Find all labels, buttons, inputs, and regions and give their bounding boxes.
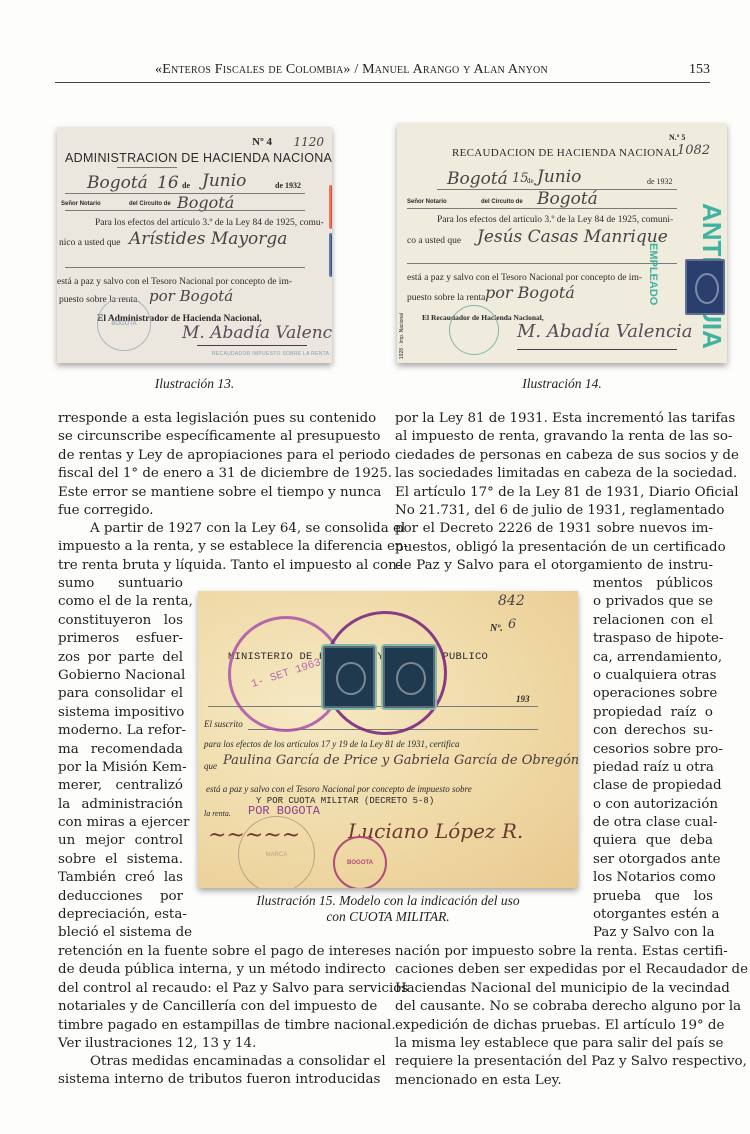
doc13-annotation: 1120 bbox=[293, 135, 324, 149]
text-line: sobre el sistema. bbox=[58, 851, 183, 869]
doc14-side-label: 1928 · Imp. Nacional bbox=[399, 313, 405, 359]
text-line: clase de propiedad bbox=[593, 777, 713, 795]
text-line: por el Decreto 2226 de 1931 sobre nuevos… bbox=[395, 520, 713, 538]
text-line: requiere la presentación del Paz y Salvo… bbox=[395, 1053, 713, 1071]
doc15-suscrito: El suscrito bbox=[204, 719, 243, 729]
text-line: propiedad raíz o bbox=[593, 704, 713, 722]
doc14-heading: RECAUDACION DE HACIENDA NACIONAL bbox=[452, 147, 679, 159]
doc14-circuito-hand: Bogotá bbox=[537, 189, 598, 209]
doc14-circuito: del Circuito de bbox=[481, 199, 523, 205]
doc15-renta: la renta. bbox=[204, 809, 231, 818]
illustration-15-caption-line-1: Ilustración 15. Modelo con la indicación… bbox=[198, 893, 578, 909]
text-line: mentos públicos bbox=[593, 575, 713, 593]
doc13-month: Junio bbox=[202, 171, 246, 191]
illustration-13-caption: Ilustración 13. bbox=[57, 376, 332, 392]
text-line: retención en la fuente sobre el pago de … bbox=[58, 943, 376, 961]
doc13-seal: BOGOTA bbox=[97, 297, 151, 351]
doc14-month: Junio bbox=[537, 167, 581, 187]
doc13-renta-hand: por Bogotá bbox=[149, 287, 233, 305]
text-line: ca, arrendamiento, bbox=[593, 649, 713, 667]
text-line: o con autorización bbox=[593, 796, 713, 814]
illustration-15-caption-line-2: con CUOTA MILITAR. bbox=[198, 909, 578, 925]
doc13-body-1: Para los efectos del artículo 3.º de la … bbox=[95, 218, 324, 228]
running-head-title: «Enteros Fiscales de Colombia» / Manuel … bbox=[155, 62, 548, 78]
text-line: los Notarios como bbox=[593, 869, 713, 887]
text-line: las sociedades limitadas en cabeza de la… bbox=[395, 465, 713, 483]
doc14-stamp-blue bbox=[685, 259, 725, 315]
doc14-body-1: Para los efectos del artículo 3.º de la … bbox=[437, 215, 673, 225]
doc13-year: de 1932 bbox=[275, 181, 301, 190]
text-line: o privados que se bbox=[593, 593, 713, 611]
running-head: «Enteros Fiscales de Colombia» / Manuel … bbox=[55, 62, 710, 83]
illustration-13-document: Nº 4 1120 ADMINISTRACION DE HACIENDA NAC… bbox=[57, 127, 332, 363]
doc13-day: 16 bbox=[157, 173, 179, 193]
left-column-paragraph-4: Otras medidas encaminadas a consolidar e… bbox=[58, 1053, 376, 1090]
text-line: zos por parte del bbox=[58, 649, 183, 667]
text-line: de deuda pública interna, y un método in… bbox=[58, 961, 376, 979]
doc15-number-label: Nº. bbox=[490, 623, 503, 634]
doc14-seal bbox=[449, 305, 499, 355]
doc13-number: Nº 4 bbox=[252, 136, 272, 148]
text-line: traspaso de hipote- bbox=[593, 630, 713, 648]
doc15-que: que bbox=[204, 761, 217, 771]
text-line: la misma ley establece que para salir de… bbox=[395, 1035, 713, 1053]
text-line: moderno. La refor- bbox=[58, 722, 183, 740]
doc15-seal-bogota: BOGOTA bbox=[333, 836, 387, 888]
text-line: nación por impuesto sobre la renta. Esta… bbox=[395, 943, 713, 961]
text-line: un mejor control bbox=[58, 832, 183, 850]
illustration-14-document: N.º 5 1082 RECAUDACION DE HACIENDA NACIO… bbox=[397, 123, 727, 363]
text-line: No 21.731, del 6 de julio de 1931, regla… bbox=[395, 502, 713, 520]
left-column-paragraph-2: A partir de 1927 con la Ley 64, se conso… bbox=[58, 520, 376, 575]
text-line: cesorios sobre pro- bbox=[593, 741, 713, 759]
doc14-place: Bogotá bbox=[447, 169, 508, 189]
doc15-name: Paulina García de Price y Gabriela Garcí… bbox=[223, 753, 578, 768]
text-line: relacionen con el bbox=[593, 612, 713, 630]
text-line: impuesto a la renta, y se establece la d… bbox=[58, 538, 376, 556]
doc13-heading: ADMINISTRACION DE HACIENDA NACIONAL bbox=[65, 151, 332, 165]
doc15-year: 193 bbox=[516, 694, 530, 704]
text-line: con miras a ejercer bbox=[58, 814, 183, 832]
text-line: fue corregido. bbox=[58, 502, 376, 520]
doc13-notario: Señor Notario bbox=[61, 201, 101, 207]
doc13-footer: RECAUDADOR IMPUESTO SOBRE LA RENTA bbox=[212, 351, 329, 357]
doc14-body-3: está a paz y salvo con el Tesoro Naciona… bbox=[407, 273, 642, 283]
text-line: del control al recaudo: el Paz y Salvo p… bbox=[58, 980, 376, 998]
text-line: Gobierno Nacional bbox=[58, 667, 183, 685]
text-line: primeros esfuer- bbox=[58, 630, 183, 648]
text-line: por la Ley 81 de 1931. Esta incrementó l… bbox=[395, 410, 713, 428]
doc13-place: Bogotá bbox=[87, 173, 148, 193]
text-line: notariales y de Cancillería con del impu… bbox=[58, 998, 376, 1016]
doc14-notario: Señor Notario bbox=[407, 199, 447, 205]
text-line: merer, centralizó bbox=[58, 777, 183, 795]
doc14-year: de 1932 bbox=[647, 177, 673, 186]
text-line: puestos, obligó la presentación de un ce… bbox=[395, 539, 713, 557]
text-line: El artículo 17° de la Ley 81 de 1931, Di… bbox=[395, 484, 713, 502]
doc14-overprint-small: EMPLEADO bbox=[647, 243, 659, 305]
doc13-stamp-blue bbox=[329, 233, 332, 277]
text-line: bleció el sistema de bbox=[58, 924, 183, 942]
doc13-de: de bbox=[182, 181, 190, 190]
doc13-body-2: nico a usted que bbox=[59, 238, 120, 248]
text-line: Ver ilustraciones 12, 13 y 14. bbox=[58, 1035, 376, 1053]
text-line: ser otorgados ante bbox=[593, 851, 713, 869]
doc13-name: Arístides Mayorga bbox=[129, 229, 287, 249]
doc13-signature: M. Abadía Valencia bbox=[182, 323, 332, 343]
text-line: tre renta bruta y líquida. Tanto el impu… bbox=[58, 557, 376, 575]
doc13-circuito: del Circuito de bbox=[129, 201, 171, 207]
text-line: rresponde a esta legislación pues su con… bbox=[58, 410, 376, 428]
doc14-body-4: puesto sobre la renta. bbox=[407, 293, 488, 303]
text-line: ciedades de personas en cabeza de sus so… bbox=[395, 447, 713, 465]
text-line: otorgantes estén a bbox=[593, 906, 713, 924]
text-line: depreciación, esta- bbox=[58, 906, 183, 924]
text-line: fiscal del 1° de enero a 31 de diciembre… bbox=[58, 465, 376, 483]
doc14-name: Jesús Casas Manrique bbox=[477, 227, 668, 247]
text-line: de rentas y Ley de apropiaciones para el… bbox=[58, 447, 376, 465]
doc13-body-3: está a paz y salvo con el Tesoro Naciona… bbox=[57, 277, 292, 287]
text-line: También creó las bbox=[58, 869, 183, 887]
text-line: mencionado en esta Ley. bbox=[395, 1072, 713, 1090]
text-line: se circunscribe específicamente al presu… bbox=[58, 428, 376, 446]
text-line: sistema impositivo bbox=[58, 704, 183, 722]
right-column-paragraph-1: por la Ley 81 de 1931. Esta incrementó l… bbox=[395, 410, 713, 576]
doc14-renta-hand: por Bogotá bbox=[485, 283, 575, 302]
right-column-paragraph-2: nación por impuesto sobre la renta. Esta… bbox=[395, 943, 713, 1090]
text-line: quiera que deba bbox=[593, 832, 713, 850]
text-line: Este error se mantiene sobre el tiempo y… bbox=[58, 484, 376, 502]
doc15-body-2: está a paz y salvo con el Tesoro Naciona… bbox=[206, 784, 472, 794]
text-line: prueba que los bbox=[593, 888, 713, 906]
text-line: con derechos su- bbox=[593, 722, 713, 740]
doc13-stamp-red bbox=[329, 185, 332, 229]
text-line: caciones deben ser expedidas por el Reca… bbox=[395, 961, 713, 979]
text-line: timbre pagado en estampillas de timbre n… bbox=[58, 1017, 376, 1035]
left-column-paragraph-1: rresponde a esta legislación pues su con… bbox=[58, 410, 376, 520]
left-column-paragraph-3: retención en la fuente sobre el pago de … bbox=[58, 943, 376, 1053]
text-line: Paz y Salvo con la bbox=[593, 924, 713, 942]
doc15-body-1: para los efectos de los artículos 17 y 1… bbox=[204, 739, 459, 749]
doc15-number: 6 bbox=[508, 617, 516, 632]
text-line: por la Misión Kem- bbox=[58, 759, 183, 777]
text-line: expedición de dichas pruebas. El artícul… bbox=[395, 1017, 713, 1035]
text-line: de otra clase cual- bbox=[593, 814, 713, 832]
doc15-seal-bottom-faint: MARCA bbox=[238, 816, 315, 888]
doc14-body-2: co a usted que bbox=[407, 236, 461, 246]
left-narrow-column: sumo suntuariocomo el de la renta,consti… bbox=[58, 575, 183, 943]
doc15-annotation: 842 bbox=[498, 593, 525, 609]
text-line: la administración bbox=[58, 796, 183, 814]
text-line: de Paz y Salvo para el otorgamiento de i… bbox=[395, 557, 713, 575]
text-line: Otras medidas encaminadas a consolidar e… bbox=[58, 1053, 376, 1071]
doc14-annotation: 1082 bbox=[677, 143, 710, 158]
text-line: del causante. No se cobraba derecho algu… bbox=[395, 998, 713, 1016]
doc15-stamp-2 bbox=[383, 646, 435, 708]
text-line: piedad raíz u otra bbox=[593, 759, 713, 777]
text-line: deducciones por bbox=[58, 888, 183, 906]
text-line: para consolidar el bbox=[58, 685, 183, 703]
text-line: sistema interno de tributos fueron intro… bbox=[58, 1071, 376, 1089]
text-line: Haciendas Nacional del municipio de la v… bbox=[395, 980, 713, 998]
doc15-stamp-1 bbox=[323, 646, 375, 708]
doc14-number: N.º 5 bbox=[669, 133, 685, 142]
doc14-de: de bbox=[527, 177, 534, 185]
text-line: constituyeron los bbox=[58, 612, 183, 630]
text-line: al impuesto de renta, gravando la renta … bbox=[395, 428, 713, 446]
text-line: como el de la renta, bbox=[58, 593, 183, 611]
text-line: o cualquiera otras bbox=[593, 667, 713, 685]
text-line: operaciones sobre bbox=[593, 685, 713, 703]
right-narrow-column: mentos públicoso privados que serelacion… bbox=[593, 575, 713, 943]
page-number: 153 bbox=[689, 62, 710, 78]
text-line: sumo suntuario bbox=[58, 575, 183, 593]
doc14-signature: M. Abadía Valencia bbox=[517, 321, 693, 342]
illustration-14-caption: Ilustración 14. bbox=[397, 376, 727, 392]
illustration-15-document: 842 Nº. 6 MINISTERIO DE HACIENDA Y CREDI… bbox=[198, 591, 578, 888]
text-line: ma recomendada bbox=[58, 741, 183, 759]
text-line: A partir de 1927 con la Ley 64, se conso… bbox=[58, 520, 376, 538]
illustration-15-caption: Ilustración 15. Modelo con la indicación… bbox=[198, 893, 578, 925]
